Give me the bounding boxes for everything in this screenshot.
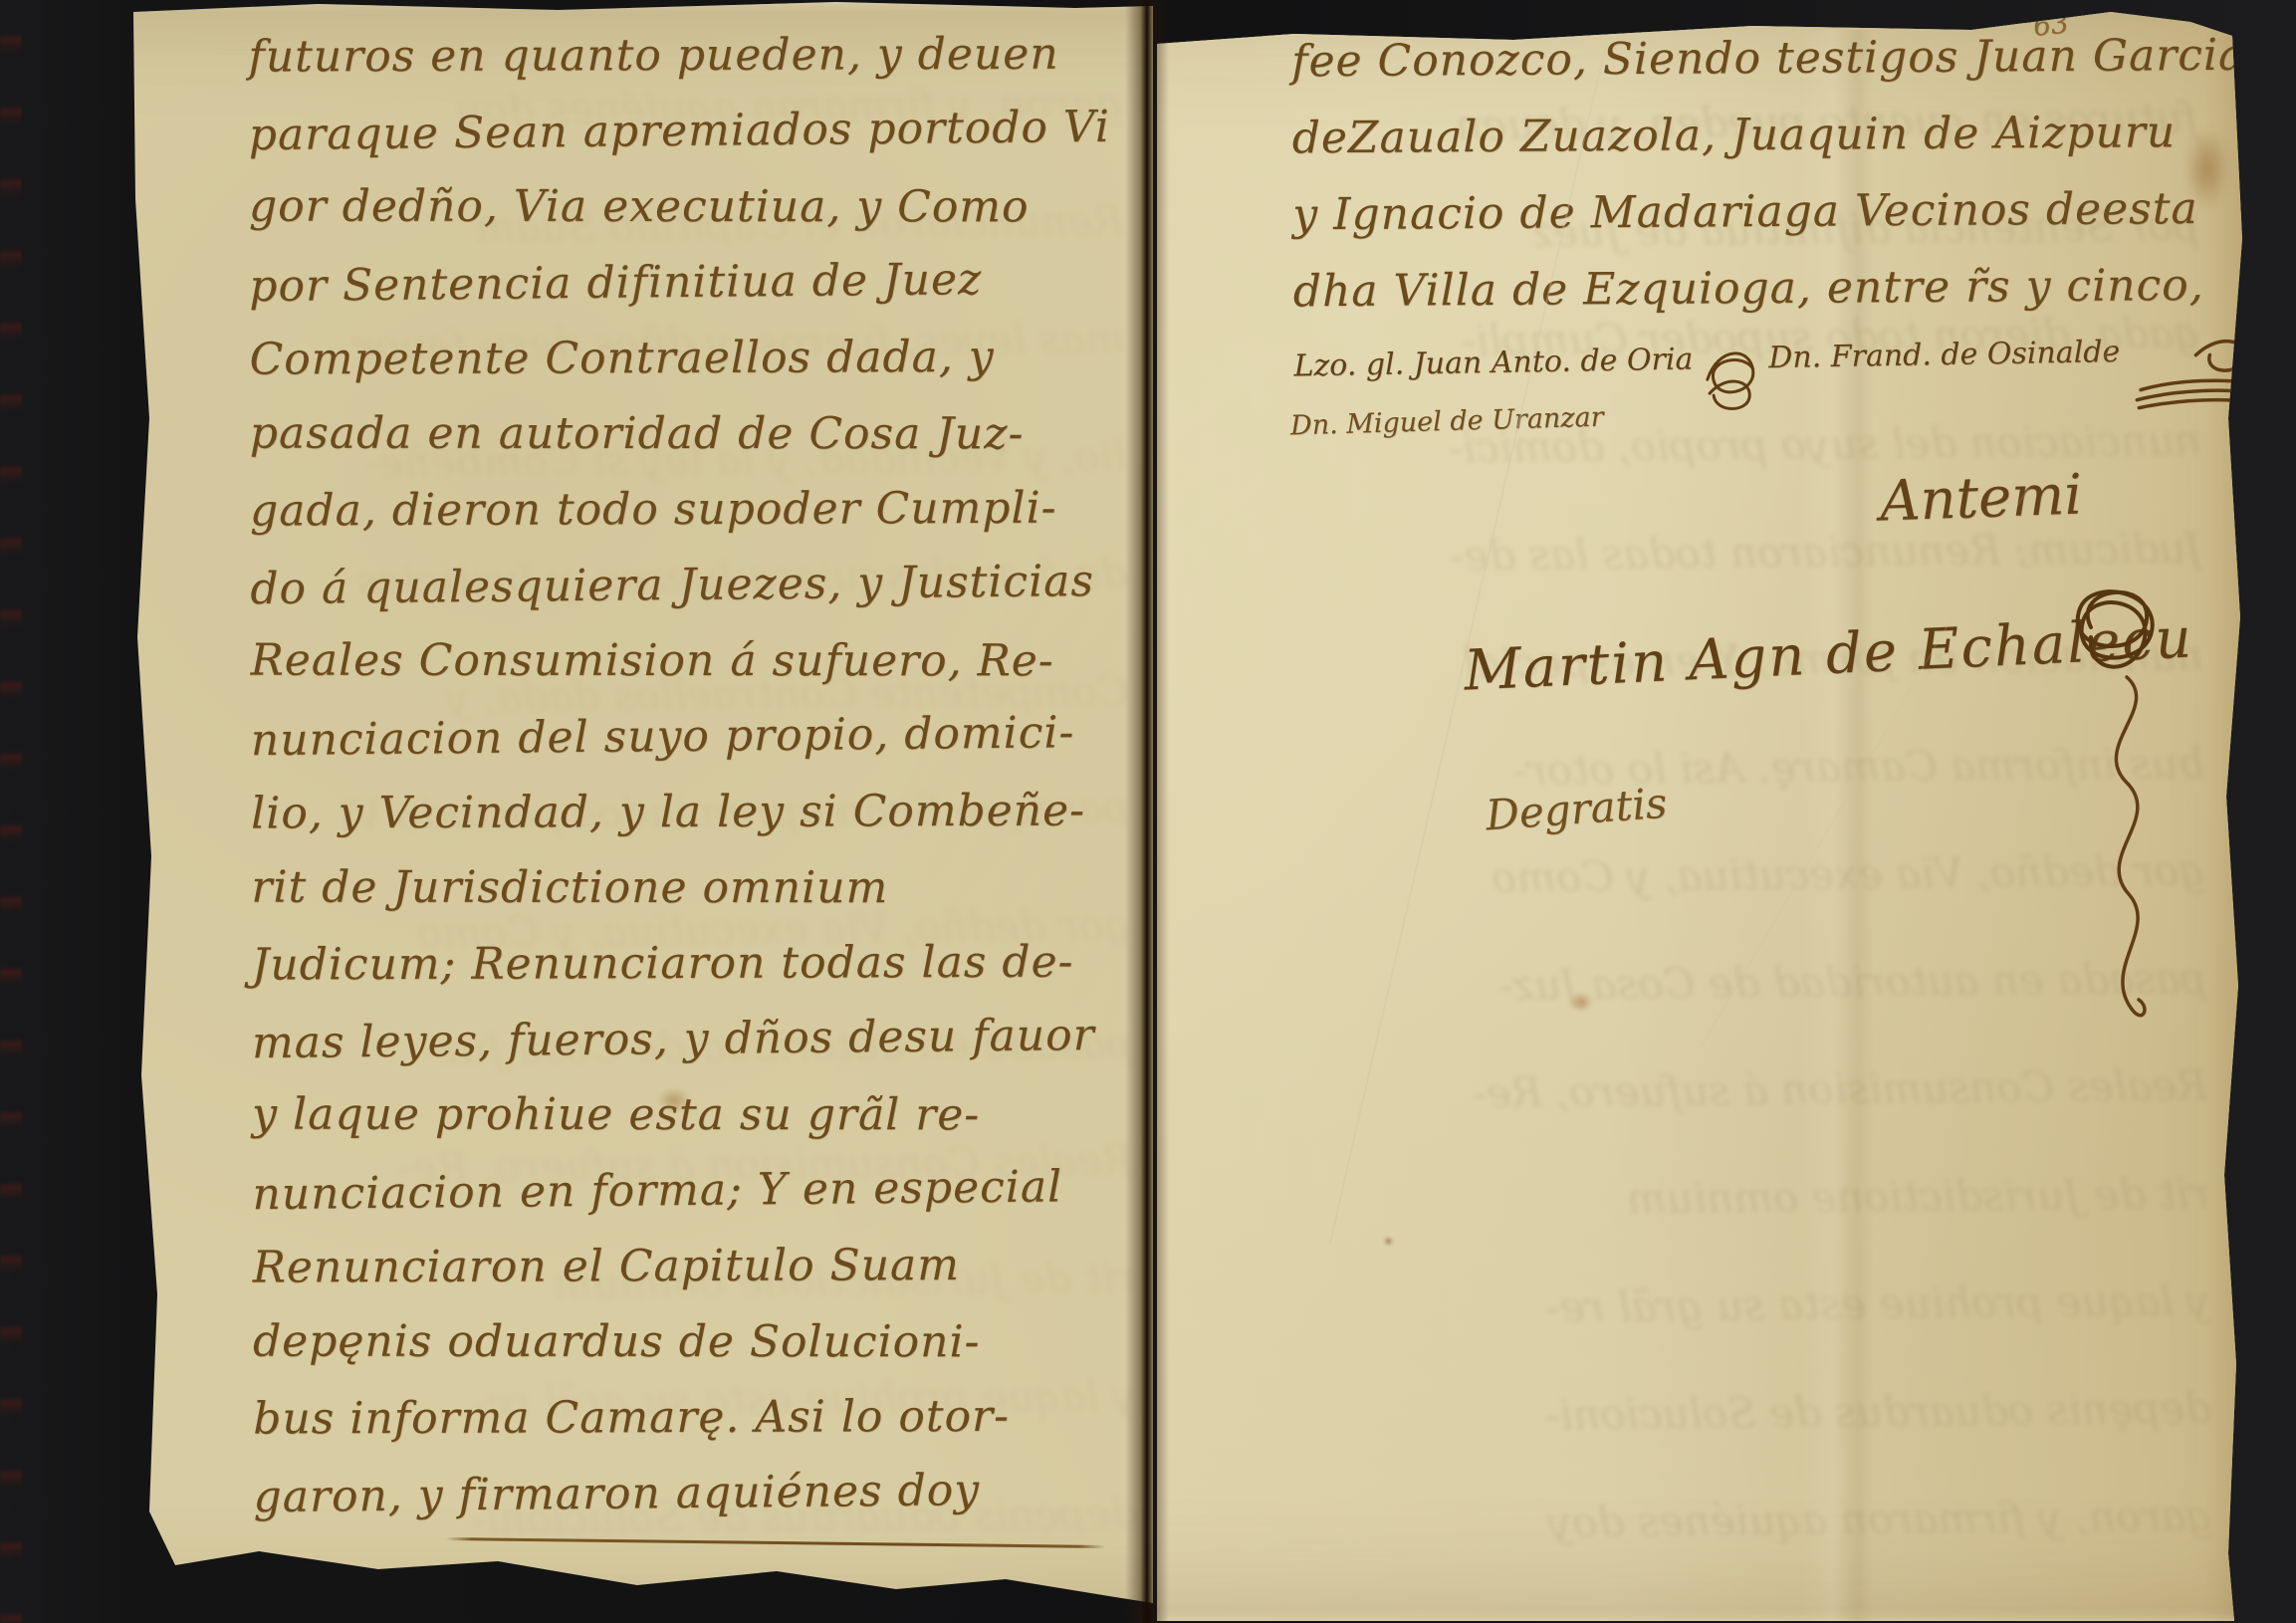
rubrica-flourish-icon [2126, 327, 2257, 424]
manuscript-line: por Sentencia difinitiua de Juez [249, 241, 1111, 325]
manuscript-line: gor dedño, Via executiua, y Como [249, 169, 1110, 246]
right-page-text-block: fee Conozco, Siendo testigos Juan Garcia… [1291, 17, 2247, 331]
manuscript-line: nunciacion del suyo propio, domici- [251, 695, 1113, 779]
manuscript-line: Reales Consumision á sufuero, Re- [251, 623, 1112, 700]
manuscript-line: lio, y Vecindad, y la ley si Combeñe- [251, 773, 1112, 851]
book-gutter [1125, 0, 1169, 1623]
paper-stain [2186, 129, 2228, 209]
manuscript-line: garon, y firmaron aquiénes doy [253, 1452, 1115, 1535]
manuscript-line: Renunciaron el Capitulo Suam [253, 1227, 1114, 1305]
manuscript-line: futuros en quanto pueden, y deuen [248, 16, 1109, 95]
paper-stain [1384, 1237, 1393, 1246]
paper-stain [657, 1087, 691, 1113]
manuscript-line: fee Conozco, Siendo testigos Juan Garcia [1291, 17, 2246, 101]
manuscript-line: paraque Sean apremiados portodo Vi [248, 90, 1110, 173]
rubrica-flourish-icon [1699, 335, 1763, 419]
manuscript-line: deZaualo Zuazola, Juaquin de Aizpuru [1291, 94, 2246, 177]
manuscript-line: Competente Contraellos dada, y [249, 319, 1110, 397]
manuscript-line: y Ignacio de Madariaga Vecinos deesta [1292, 170, 2247, 254]
manuscript-line: mas leyes, fueros, y dños desu fauor [252, 998, 1114, 1081]
de-gratis-note: Degratis [1485, 779, 1669, 840]
scanned-manuscript-spread: garon, y firmaron aquiénes doyRenunciaro… [0, 0, 2296, 1623]
page-edge-marks [0, 0, 22, 1623]
ante-mi-label: Antemi [1879, 462, 2083, 534]
ink-rule-line [446, 1537, 1105, 1548]
witness-signature: Lzo. gl. Juan Anto. de Oria [1293, 342, 1693, 383]
manuscript-line: rit de Jurisdictione omnium [251, 850, 1112, 927]
manuscript-line: pasada en autoridad de Cosa Juz- [250, 396, 1111, 473]
manuscript-line: dha Villa de Ezquioga, entre r̃s y cinco… [1293, 247, 2248, 331]
paper-stain [1569, 992, 1593, 1012]
witness-signature: Dn. Frand. de Osinalde [1768, 335, 2120, 375]
manuscript-line: bus informa Camarę. Asi lo otor- [253, 1378, 1114, 1457]
manuscript-line: gada, dieron todo supoder Cumpli- [250, 470, 1111, 549]
manuscript-line: nunciacion en forma; Y en especial [252, 1149, 1114, 1233]
left-page-text-block: futuros en quanto pueden, y deuen paraqu… [248, 16, 1115, 1532]
manuscript-line: Judicum; Renunciaron todas las de- [252, 924, 1113, 1003]
manuscript-line: depęnis oduardus de Solucioni- [253, 1304, 1114, 1381]
manuscript-line: do á qualesquiera Juezes, y Justicias [250, 544, 1112, 627]
